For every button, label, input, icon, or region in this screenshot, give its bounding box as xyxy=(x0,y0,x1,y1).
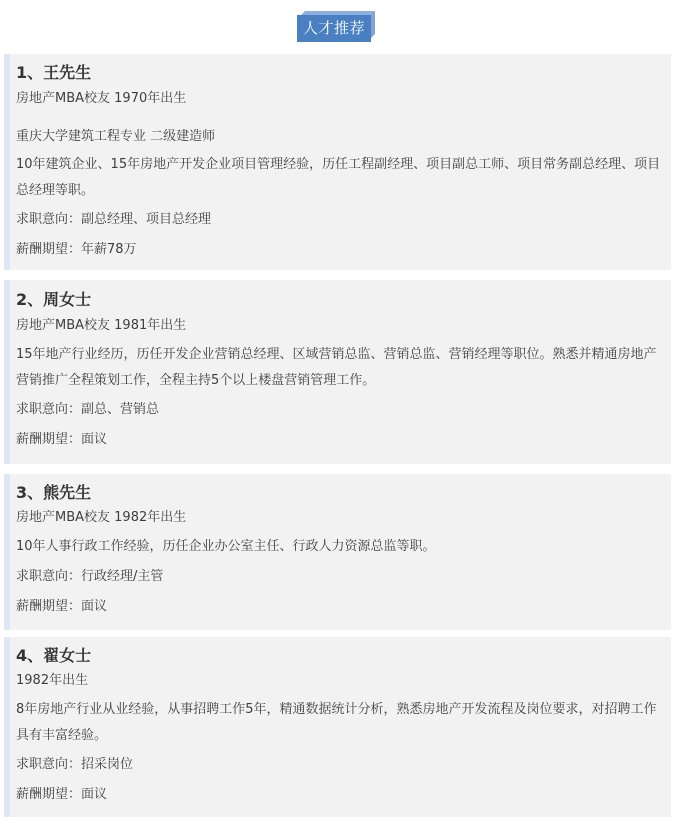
candidate-experience: 10年建筑企业、15年房地产开发企业项目管理经验，历任工程副经理、项目副总工师、… xyxy=(16,152,671,204)
candidate-intent: 求职意向：副总、营销总 xyxy=(16,400,671,420)
candidate-card-1: 1、王先生 房地产MBA校友 1970年出生 重庆大学建筑工程专业 二级建造师 … xyxy=(4,54,671,270)
title-badge: 人才推荐 xyxy=(297,15,371,42)
candidate-profile: 房地产MBA校友 1981年出生 xyxy=(16,316,671,336)
candidate-card-2: 2、周女士 房地产MBA校友 1981年出生 15年地产行业经历，历任开发企业营… xyxy=(4,280,671,464)
candidate-profile: 房地产MBA校友 1982年出生 xyxy=(16,508,671,528)
candidate-intent: 求职意向：行政经理/主管 xyxy=(16,567,671,587)
page-title: 人才推荐 xyxy=(297,15,371,42)
candidate-name: 3、熊先生 xyxy=(16,481,671,505)
section-header: 人才推荐 xyxy=(0,10,675,46)
candidate-experience: 10年人事行政工作经验，历任企业办公室主任、行政人力资源总监等职。 xyxy=(16,534,671,560)
candidate-salary: 薪酬期望：面议 xyxy=(16,430,671,450)
candidate-card-3: 3、熊先生 房地产MBA校友 1982年出生 10年人事行政工作经验，历任企业办… xyxy=(4,474,671,630)
candidate-profile: 1982年出生 xyxy=(16,671,671,691)
candidate-salary: 薪酬期望：年薪78万 xyxy=(16,240,671,260)
candidate-card-4: 4、翟女士 1982年出生 8年房地产行业从业经验，从事招聘工作5年，精通数据统… xyxy=(4,637,671,817)
candidate-intent: 求职意向：招采岗位 xyxy=(16,755,671,775)
candidate-name: 1、王先生 xyxy=(16,61,671,85)
candidate-intent: 求职意向：副总经理、项目总经理 xyxy=(16,210,671,230)
candidate-salary: 薪酬期望：面议 xyxy=(16,785,671,805)
candidate-experience: 8年房地产行业从业经验，从事招聘工作5年，精通数据统计分析，熟悉房地产开发流程及… xyxy=(16,697,671,749)
badge-side-face xyxy=(371,11,375,38)
candidate-salary: 薪酬期望：面议 xyxy=(16,597,671,617)
candidate-name: 4、翟女士 xyxy=(16,644,671,668)
candidate-education: 重庆大学建筑工程专业 二级建造师 xyxy=(16,127,671,147)
candidate-profile: 房地产MBA校友 1970年出生 xyxy=(16,89,671,109)
candidate-experience: 15年地产行业经历，历任开发企业营销总经理、区域营销总监、营销总监、营销经理等职… xyxy=(16,342,671,394)
candidate-name: 2、周女士 xyxy=(16,288,671,312)
